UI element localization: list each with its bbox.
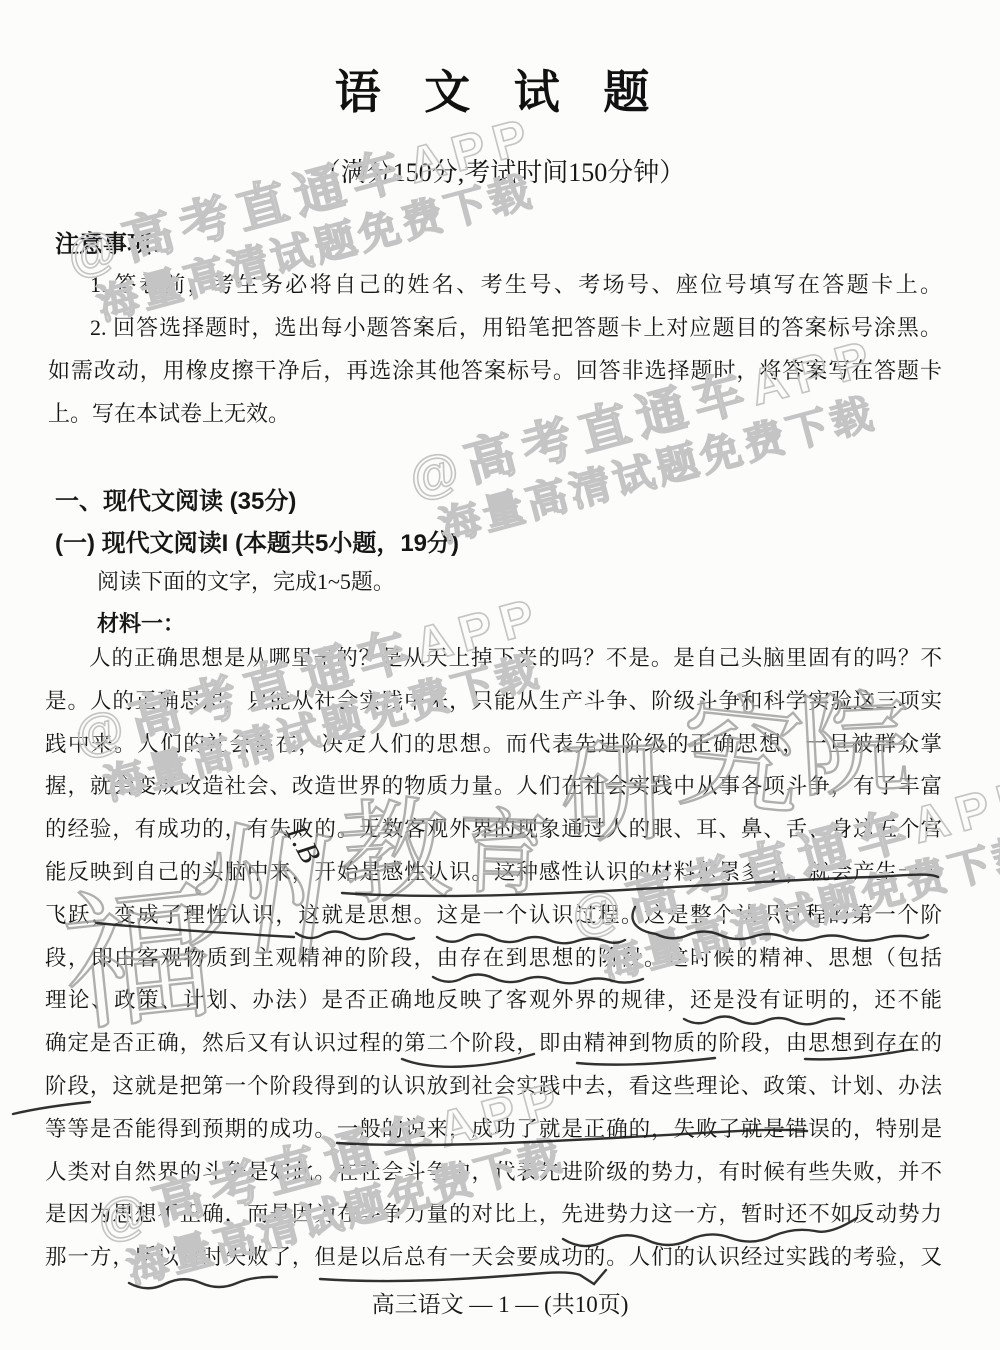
passage-line: 确定是否正确，然后又有认识过程的第二个阶段，即由精神到物质的阶段，由思想到存在的 [45,1022,942,1065]
notice-item-2-line-3: 上。写在本试卷上无效。 [48,397,448,428]
watermark-line1: @高考直通车APP [53,105,550,288]
passage-line: 阶段，这就是把第一个阶段得到的认识放到社会实践中去，看这些理论、政策、计划、办法 [45,1065,942,1108]
exam-paper-page: 语 文 试 题 （满分150分,考试时间150分钟） 注意事项： 1. 答卷前，… [0,0,1000,1350]
exam-score-time-subtitle: （满分150分,考试时间150分钟） [0,152,1000,189]
passage-line: 段，即由客观物质到主观精神的阶段，由存在到思想的阶段。这时候的精神、思想（包括 [45,937,942,980]
notice-heading: 注意事项： [55,224,175,259]
page-title: 语 文 试 题 [0,56,1000,122]
passage-line: 是。人的正确思想，只能从社会实践中来，只能从生产斗争、阶级斗争和科学实验这三项实 [45,680,942,723]
passage-line: 理论、政策、计划、办法）是否正确地反映了客观外界的规律，还是没有证明的，还不能 [45,979,942,1022]
section-heading-modern-reading: 一、现代文阅读 (35分) [55,481,296,516]
passage-line: 能反映到自己的头脑中来，开始是感性认识。这种感性认识的材料积累多了，就会产生一个 [45,851,942,894]
passage-line: 等等是否能得到预期的成功。一般的说来，成功了就是正确的，失败了就是错误的，特别是 [45,1108,942,1151]
passage-line: 飞跃，变成了理性认识，这就是思想。这是一个认识过程。这是整个认识过程的第一个阶 [45,894,942,937]
watermark-line2: 海量高清试题免费下载 [410,384,905,557]
watermark: @高考直通车APP 海量高清试题免费下载 [53,105,563,335]
reading-instruction: 阅读下面的文字，完成1~5题。 [97,565,395,596]
passage-line: 人类对自然界的斗争是如此。在社会斗争中，代表先进阶级的势力，有时候有些失败，并不 [45,1151,942,1194]
notice-item-1: 1. 答卷前，考生务必将自己的姓名、考生号、考场号、座位号填写在答题卡上。 [90,268,942,299]
passage-line: 那一方，所以暂时失败了，但是以后总有一天会要成功的。人们的认识经过实践的考验，又 [45,1236,942,1279]
notice-item-2-line-2: 如需改动，用橡皮擦干净后，再选涂其他答案标号。回答非选择题时，将答案写在答题卡 [48,354,942,385]
passage-line: 践中来。人们的社会存在，决定人们的思想。而代表先进阶级的正确思想，一旦被群众掌 [45,723,942,766]
page-footer: 高三语文 — 1 — (共10页) [0,1286,1000,1319]
passage-material-one: 人的正确思想是从哪里来的？是从天上掉下来的吗？不是。是自己头脑里固有的吗？不 是… [45,637,942,1279]
passage-line: 人的正确思想是从哪里来的？是从天上掉下来的吗？不是。是自己头脑里固有的吗？不 [45,637,942,680]
material-one-label: 材料一： [97,607,185,638]
passage-line: 握，就会变成改造社会、改造世界的物质力量。人们在社会实践中从事各项斗争，有了丰富 [45,765,942,808]
subsection-heading-reading-1: (一) 现代文阅读I (本题共5小题，19分) [55,523,459,558]
notice-item-2-line-1: 2. 回答选择题时，选出每小题答案后，用铅笔把答题卡上对应题目的答案标号涂黑。 [90,311,942,342]
passage-line: 的经验，有成功的，有失败的。无数客观外界的现象通过人的眼、耳、鼻、舌、身这五个官 [45,808,942,851]
passage-line: 是因为思想不正确，而是因为在斗争力量的对比上，先进势力这一方，暂时还不如反动势力 [45,1193,942,1236]
